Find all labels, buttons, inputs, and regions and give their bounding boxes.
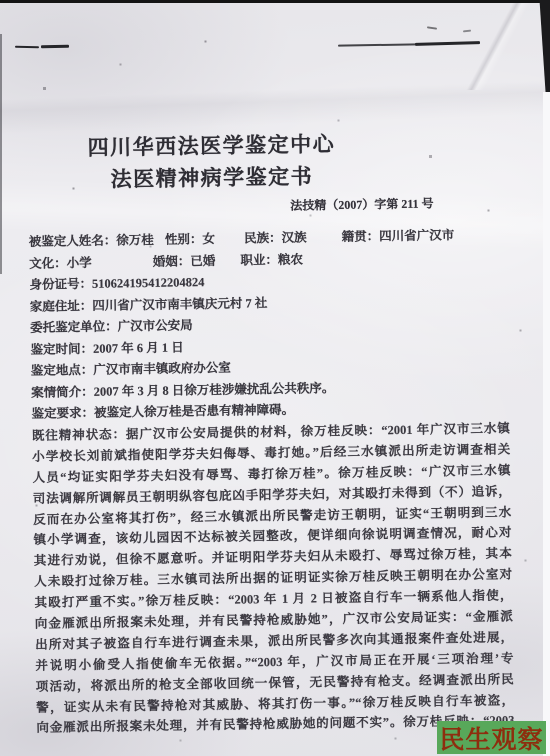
field-marriage: 婚姻：已婚 bbox=[153, 250, 216, 269]
scan-edge-right bbox=[543, 92, 550, 756]
scan-smudge-left bbox=[41, 45, 69, 48]
field-sex: 性别：女 bbox=[165, 229, 215, 248]
appraisal-center-title: 四川华西法医学鉴定中心 bbox=[56, 128, 366, 163]
paper-crease bbox=[440, 0, 550, 90]
field-id-number: 身份证号：510624195412204824 bbox=[29, 272, 204, 293]
field-education: 文化：小学 bbox=[29, 252, 92, 271]
scan-edge-left bbox=[0, 34, 2, 274]
minsheng-guancha-watermark: 民生观察 bbox=[437, 721, 546, 754]
field-occupation: 职业：粮农 bbox=[240, 249, 303, 268]
scan-edge-top bbox=[0, 0, 550, 3]
field-ethnicity: 民族：汉族 bbox=[244, 227, 307, 246]
body-paragraph: 既往精神状态：据广汉市公安局提供的材料，徐万桂反映：“2001 年广汉市三水镇 … bbox=[32, 418, 515, 739]
document-number: 法技精（2007）字第 211 号 bbox=[290, 194, 434, 213]
field-appraisal-request: 鉴定要求：被鉴定人徐万桂是否患有精神障碍。 bbox=[31, 400, 294, 422]
field-appraisal-time: 鉴定时间：2007 年 6 月 1 日 bbox=[30, 337, 183, 357]
scan-smudge-left bbox=[15, 46, 39, 48]
field-home-address: 家庭住址：四川省广汉市南丰镇庆元村 7 社 bbox=[30, 293, 268, 315]
info-fields: 被鉴定人姓名：徐万桂 性别：女 民族：汉族 籍贯：四川省广汉市 文化：小学 婚姻… bbox=[29, 224, 512, 425]
report-type-title: 法医精神病学鉴定书 bbox=[57, 160, 367, 195]
field-name: 被鉴定人姓名：徐万桂 bbox=[29, 230, 154, 250]
field-commissioning-unit: 委托鉴定单位：广汉市公安局 bbox=[30, 315, 193, 336]
scan-content: 四川华西法医学鉴定中心 法医精神病学鉴定书 法技精（2007）字第 211 号 … bbox=[0, 0, 550, 756]
field-appraisal-place: 鉴定地点：广汉市南丰镇政府办公室 bbox=[31, 358, 231, 379]
scanned-document-page: 四川华西法医学鉴定中心 法医精神病学鉴定书 法技精（2007）字第 211 号 … bbox=[0, 0, 550, 756]
field-case-summary: 案情简介：2007 年 3 月 8 日徐万桂涉嫌扰乱公共秩序。 bbox=[31, 378, 334, 401]
field-native-place: 籍贯：四川省广汉市 bbox=[342, 225, 455, 245]
